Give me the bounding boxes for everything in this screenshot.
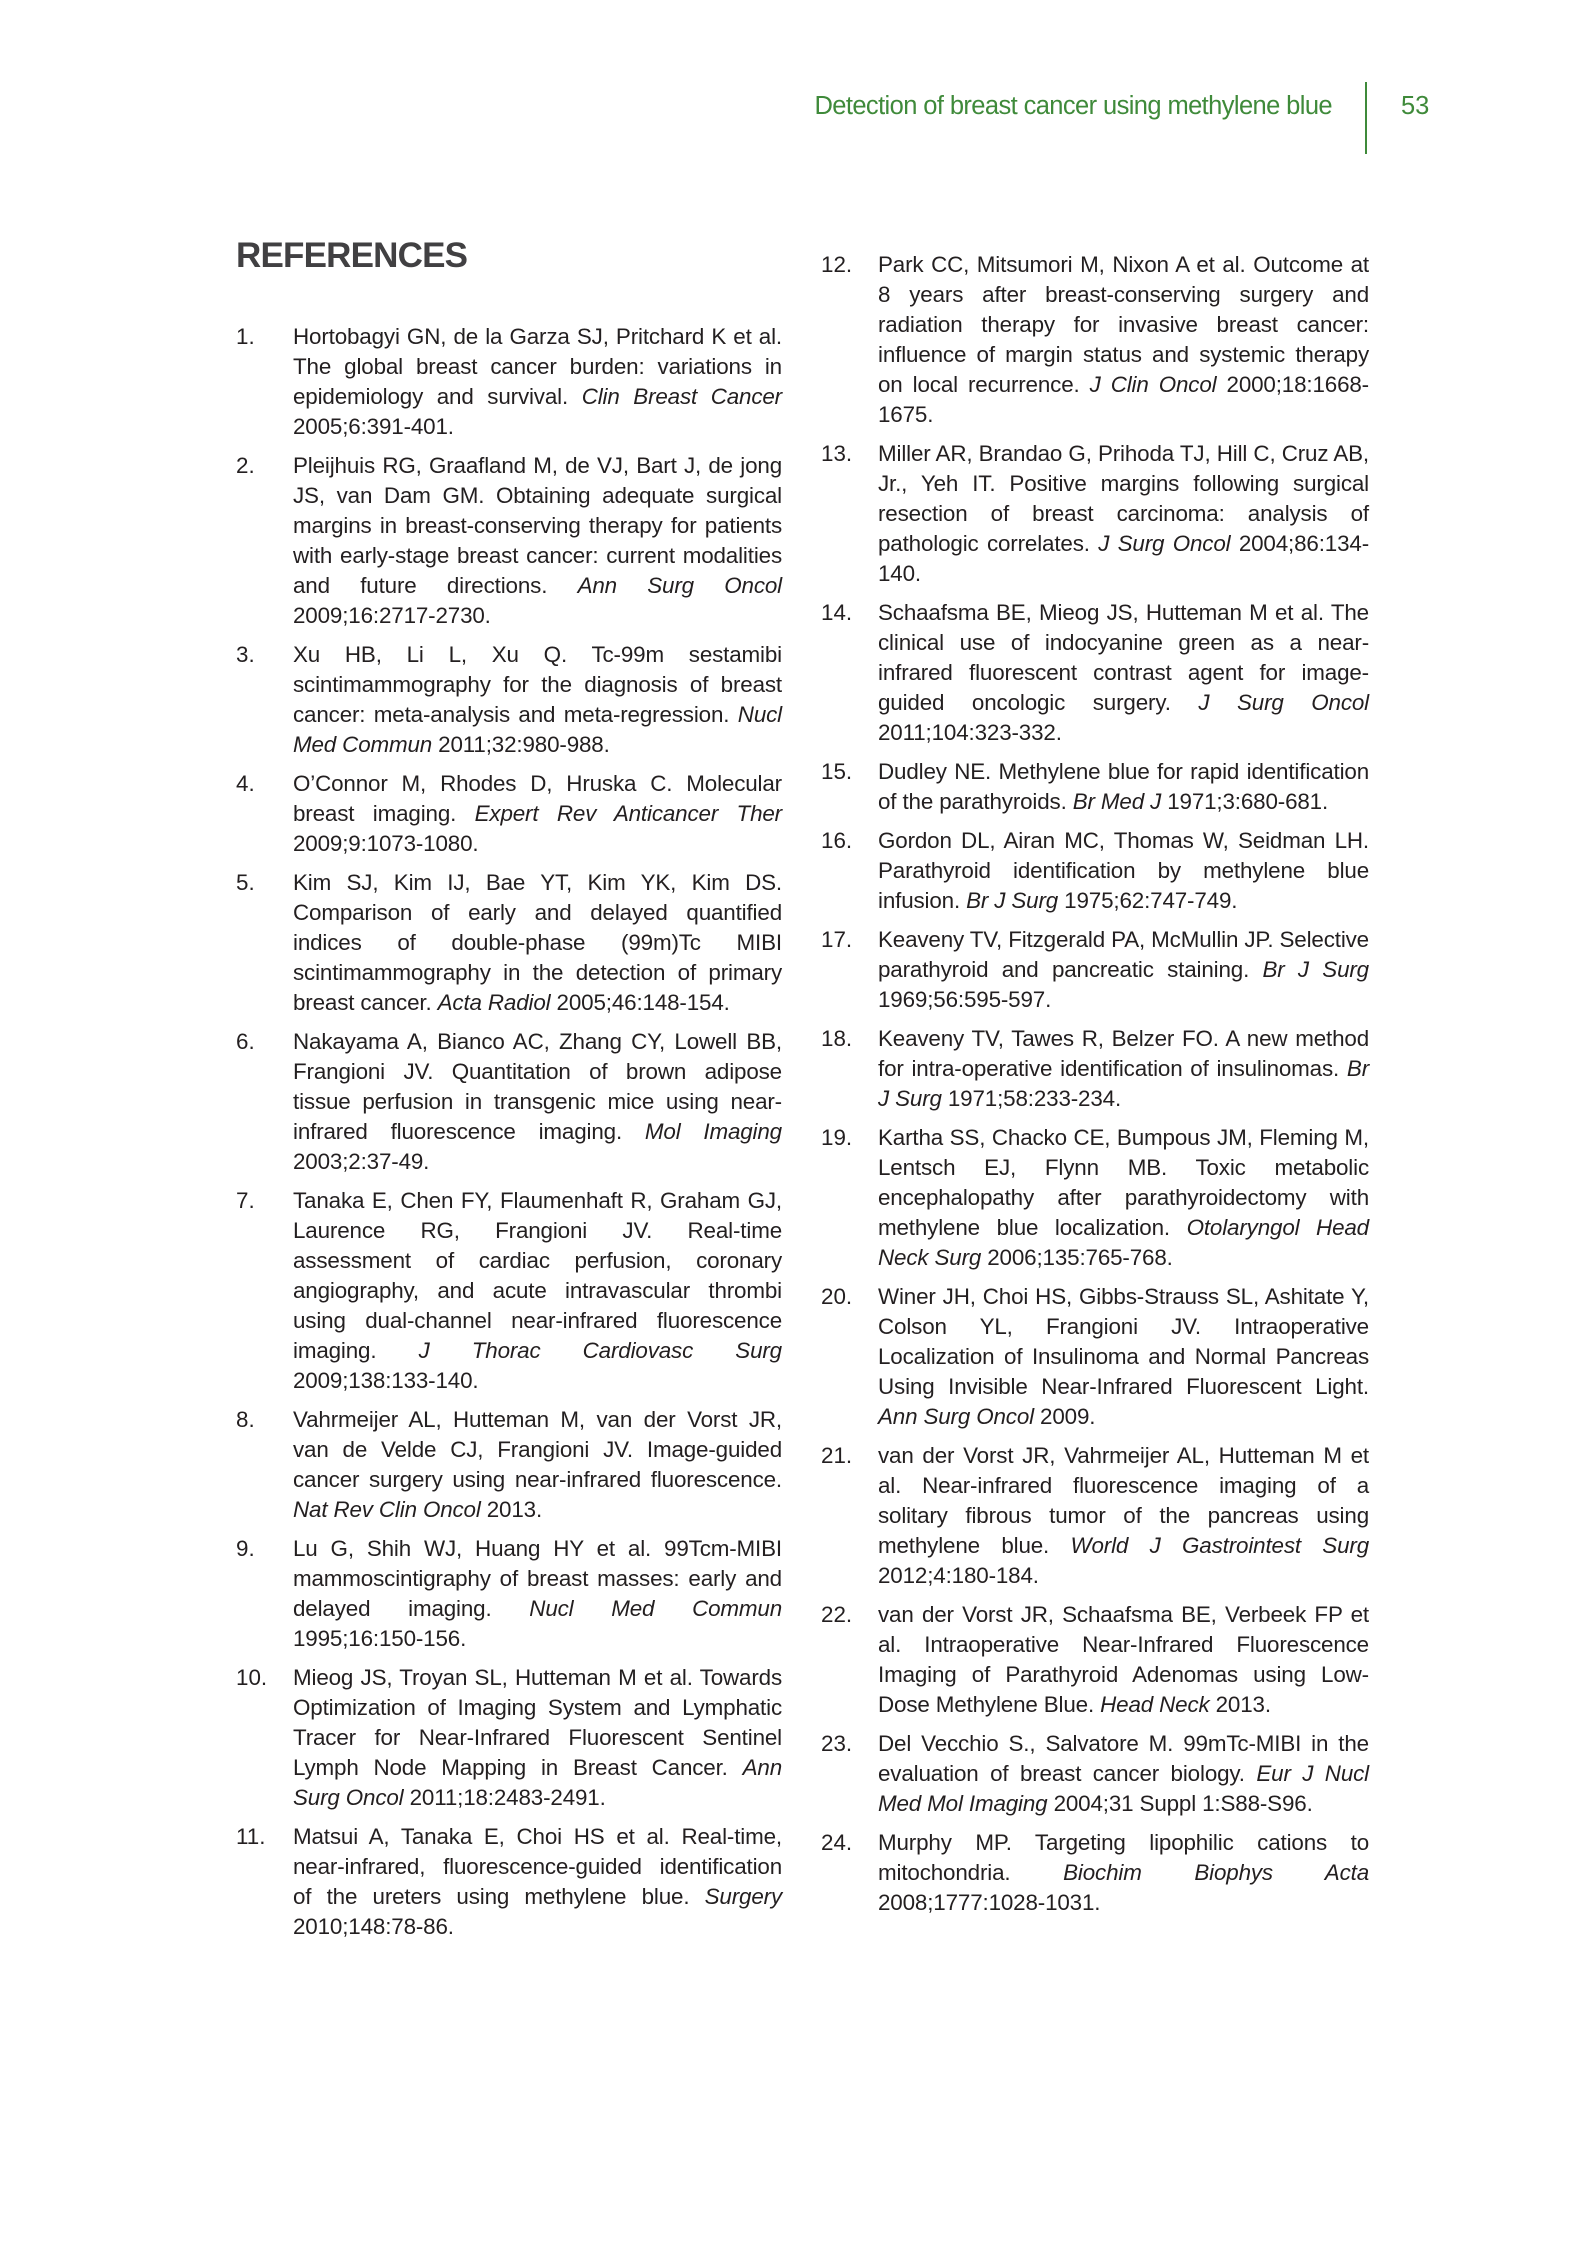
- reference-text: Xu HB, Li L, Xu Q. Tc-99m sestamibi scin…: [293, 640, 782, 760]
- reference-number: 19.: [821, 1123, 878, 1273]
- reference-item: 4.O’Connor M, Rhodes D, Hruska C. Molecu…: [236, 769, 782, 859]
- reference-text: Miller AR, Brandao G, Prihoda TJ, Hill C…: [878, 439, 1369, 589]
- journal-name: Clin Breast Cancer: [582, 384, 782, 409]
- reference-number: 18.: [821, 1024, 878, 1114]
- reference-item: 16.Gordon DL, Airan MC, Thomas W, Seidma…: [821, 826, 1369, 916]
- journal-name: Br Med J: [1073, 789, 1161, 814]
- journal-name: Mol Imaging: [645, 1119, 782, 1144]
- reference-item: 14.Schaafsma BE, Mieog JS, Hutteman M et…: [821, 598, 1369, 748]
- journal-name: Br J Surg: [966, 888, 1058, 913]
- reference-text: Park CC, Mitsumori M, Nixon A et al. Out…: [878, 250, 1369, 430]
- reference-text: van der Vorst JR, Schaafsma BE, Verbeek …: [878, 1600, 1369, 1720]
- reference-item: 2.Pleijhuis RG, Graafland M, de VJ, Bart…: [236, 451, 782, 631]
- reference-number: 23.: [821, 1729, 878, 1819]
- reference-number: 16.: [821, 826, 878, 916]
- reference-item: 22.van der Vorst JR, Schaafsma BE, Verbe…: [821, 1600, 1369, 1720]
- reference-number: 21.: [821, 1441, 878, 1591]
- reference-item: 19.Kartha SS, Chacko CE, Bumpous JM, Fle…: [821, 1123, 1369, 1273]
- reference-text: Pleijhuis RG, Graafland M, de VJ, Bart J…: [293, 451, 782, 631]
- reference-item: 6.Nakayama A, Bianco AC, Zhang CY, Lowel…: [236, 1027, 782, 1177]
- reference-number: 12.: [821, 250, 878, 430]
- reference-text: Keaveny TV, Tawes R, Belzer FO. A new me…: [878, 1024, 1369, 1114]
- journal-name: Nucl Med Commun: [529, 1596, 782, 1621]
- reference-number: 3.: [236, 640, 293, 760]
- reference-text: Dudley NE. Methylene blue for rapid iden…: [878, 757, 1369, 817]
- page-number: 53: [1401, 92, 1429, 121]
- reference-number: 24.: [821, 1828, 878, 1918]
- reference-item: 13.Miller AR, Brandao G, Prihoda TJ, Hil…: [821, 439, 1369, 589]
- reference-number: 5.: [236, 868, 293, 1018]
- reference-item: 12.Park CC, Mitsumori M, Nixon A et al. …: [821, 250, 1369, 430]
- reference-item: 11.Matsui A, Tanaka E, Choi HS et al. Re…: [236, 1822, 782, 1942]
- reference-number: 17.: [821, 925, 878, 1015]
- journal-name: Expert Rev Anticancer Ther: [475, 801, 782, 826]
- reference-text: Tanaka E, Chen FY, Flaumenhaft R, Graham…: [293, 1186, 782, 1396]
- journal-name: J Clin Oncol: [1090, 372, 1217, 397]
- reference-text: Keaveny TV, Fitzgerald PA, McMullin JP. …: [878, 925, 1369, 1015]
- journal-name: Acta Radiol: [438, 990, 551, 1015]
- reference-item: 24.Murphy MP. Targeting lipophilic catio…: [821, 1828, 1369, 1918]
- reference-text: Mieog JS, Troyan SL, Hutteman M et al. T…: [293, 1663, 782, 1813]
- reference-text: Schaafsma BE, Mieog JS, Hutteman M et al…: [878, 598, 1369, 748]
- reference-text: Gordon DL, Airan MC, Thomas W, Seidman L…: [878, 826, 1369, 916]
- reference-item: 9.Lu G, Shih WJ, Huang HY et al. 99Tcm-M…: [236, 1534, 782, 1654]
- reference-number: 4.: [236, 769, 293, 859]
- reference-number: 11.: [236, 1822, 293, 1942]
- journal-name: Nat Rev Clin Oncol: [293, 1497, 481, 1522]
- reference-number: 8.: [236, 1405, 293, 1525]
- journal-name: Ann Surg Oncol: [578, 573, 782, 598]
- reference-number: 6.: [236, 1027, 293, 1177]
- journal-name: Head Neck: [1100, 1692, 1209, 1717]
- running-head-title: Detection of breast cancer using methyle…: [0, 92, 1332, 121]
- reference-number: 15.: [821, 757, 878, 817]
- reference-column-right: 12.Park CC, Mitsumori M, Nixon A et al. …: [821, 250, 1369, 1927]
- reference-text: van der Vorst JR, Vahrmeijer AL, Huttema…: [878, 1441, 1369, 1591]
- header-divider: [1365, 82, 1367, 154]
- reference-number: 7.: [236, 1186, 293, 1396]
- reference-item: 3.Xu HB, Li L, Xu Q. Tc-99m sestamibi sc…: [236, 640, 782, 760]
- reference-text: O’Connor M, Rhodes D, Hruska C. Molecula…: [293, 769, 782, 859]
- journal-name: J Surg Oncol: [1198, 690, 1369, 715]
- reference-item: 17.Keaveny TV, Fitzgerald PA, McMullin J…: [821, 925, 1369, 1015]
- reference-item: 7.Tanaka E, Chen FY, Flaumenhaft R, Grah…: [236, 1186, 782, 1396]
- journal-name: Biochim Biophys Acta: [1063, 1860, 1369, 1885]
- reference-text: Winer JH, Choi HS, Gibbs-Strauss SL, Ash…: [878, 1282, 1369, 1432]
- reference-number: 1.: [236, 322, 293, 442]
- journal-name: World J Gastrointest Surg: [1071, 1533, 1369, 1558]
- reference-text: Nakayama A, Bianco AC, Zhang CY, Lowell …: [293, 1027, 782, 1177]
- reference-text: Hortobagyi GN, de la Garza SJ, Pritchard…: [293, 322, 782, 442]
- journal-name: J Thorac Cardiovasc Surg: [419, 1338, 782, 1363]
- reference-number: 13.: [821, 439, 878, 589]
- reference-item: 20.Winer JH, Choi HS, Gibbs-Strauss SL, …: [821, 1282, 1369, 1432]
- reference-number: 9.: [236, 1534, 293, 1654]
- reference-text: Kim SJ, Kim IJ, Bae YT, Kim YK, Kim DS. …: [293, 868, 782, 1018]
- reference-number: 22.: [821, 1600, 878, 1720]
- reference-item: 23.Del Vecchio S., Salvatore M. 99mTc-MI…: [821, 1729, 1369, 1819]
- reference-item: 8.Vahrmeijer AL, Hutteman M, van der Vor…: [236, 1405, 782, 1525]
- reference-text: Murphy MP. Targeting lipophilic cations …: [878, 1828, 1369, 1918]
- journal-name: Surgery: [705, 1884, 782, 1909]
- reference-item: 21.van der Vorst JR, Vahrmeijer AL, Hutt…: [821, 1441, 1369, 1591]
- reference-text: Kartha SS, Chacko CE, Bumpous JM, Flemin…: [878, 1123, 1369, 1273]
- journal-name: J Surg Oncol: [1098, 531, 1230, 556]
- reference-text: Matsui A, Tanaka E, Choi HS et al. Real-…: [293, 1822, 782, 1942]
- reference-number: 20.: [821, 1282, 878, 1432]
- reference-number: 14.: [821, 598, 878, 748]
- reference-number: 10.: [236, 1663, 293, 1813]
- reference-item: 15.Dudley NE. Methylene blue for rapid i…: [821, 757, 1369, 817]
- reference-item: 10.Mieog JS, Troyan SL, Hutteman M et al…: [236, 1663, 782, 1813]
- reference-item: 5.Kim SJ, Kim IJ, Bae YT, Kim YK, Kim DS…: [236, 868, 782, 1018]
- reference-text: Del Vecchio S., Salvatore M. 99mTc-MIBI …: [878, 1729, 1369, 1819]
- journal-name: Br J Surg: [1262, 957, 1369, 982]
- reference-item: 18.Keaveny TV, Tawes R, Belzer FO. A new…: [821, 1024, 1369, 1114]
- reference-column-left: 1.Hortobagyi GN, de la Garza SJ, Pritcha…: [236, 322, 782, 1951]
- section-title: REFERENCES: [236, 236, 467, 276]
- reference-text: Vahrmeijer AL, Hutteman M, van der Vorst…: [293, 1405, 782, 1525]
- reference-text: Lu G, Shih WJ, Huang HY et al. 99Tcm-MIB…: [293, 1534, 782, 1654]
- reference-number: 2.: [236, 451, 293, 631]
- reference-item: 1.Hortobagyi GN, de la Garza SJ, Pritcha…: [236, 322, 782, 442]
- journal-name: Ann Surg Oncol: [878, 1404, 1034, 1429]
